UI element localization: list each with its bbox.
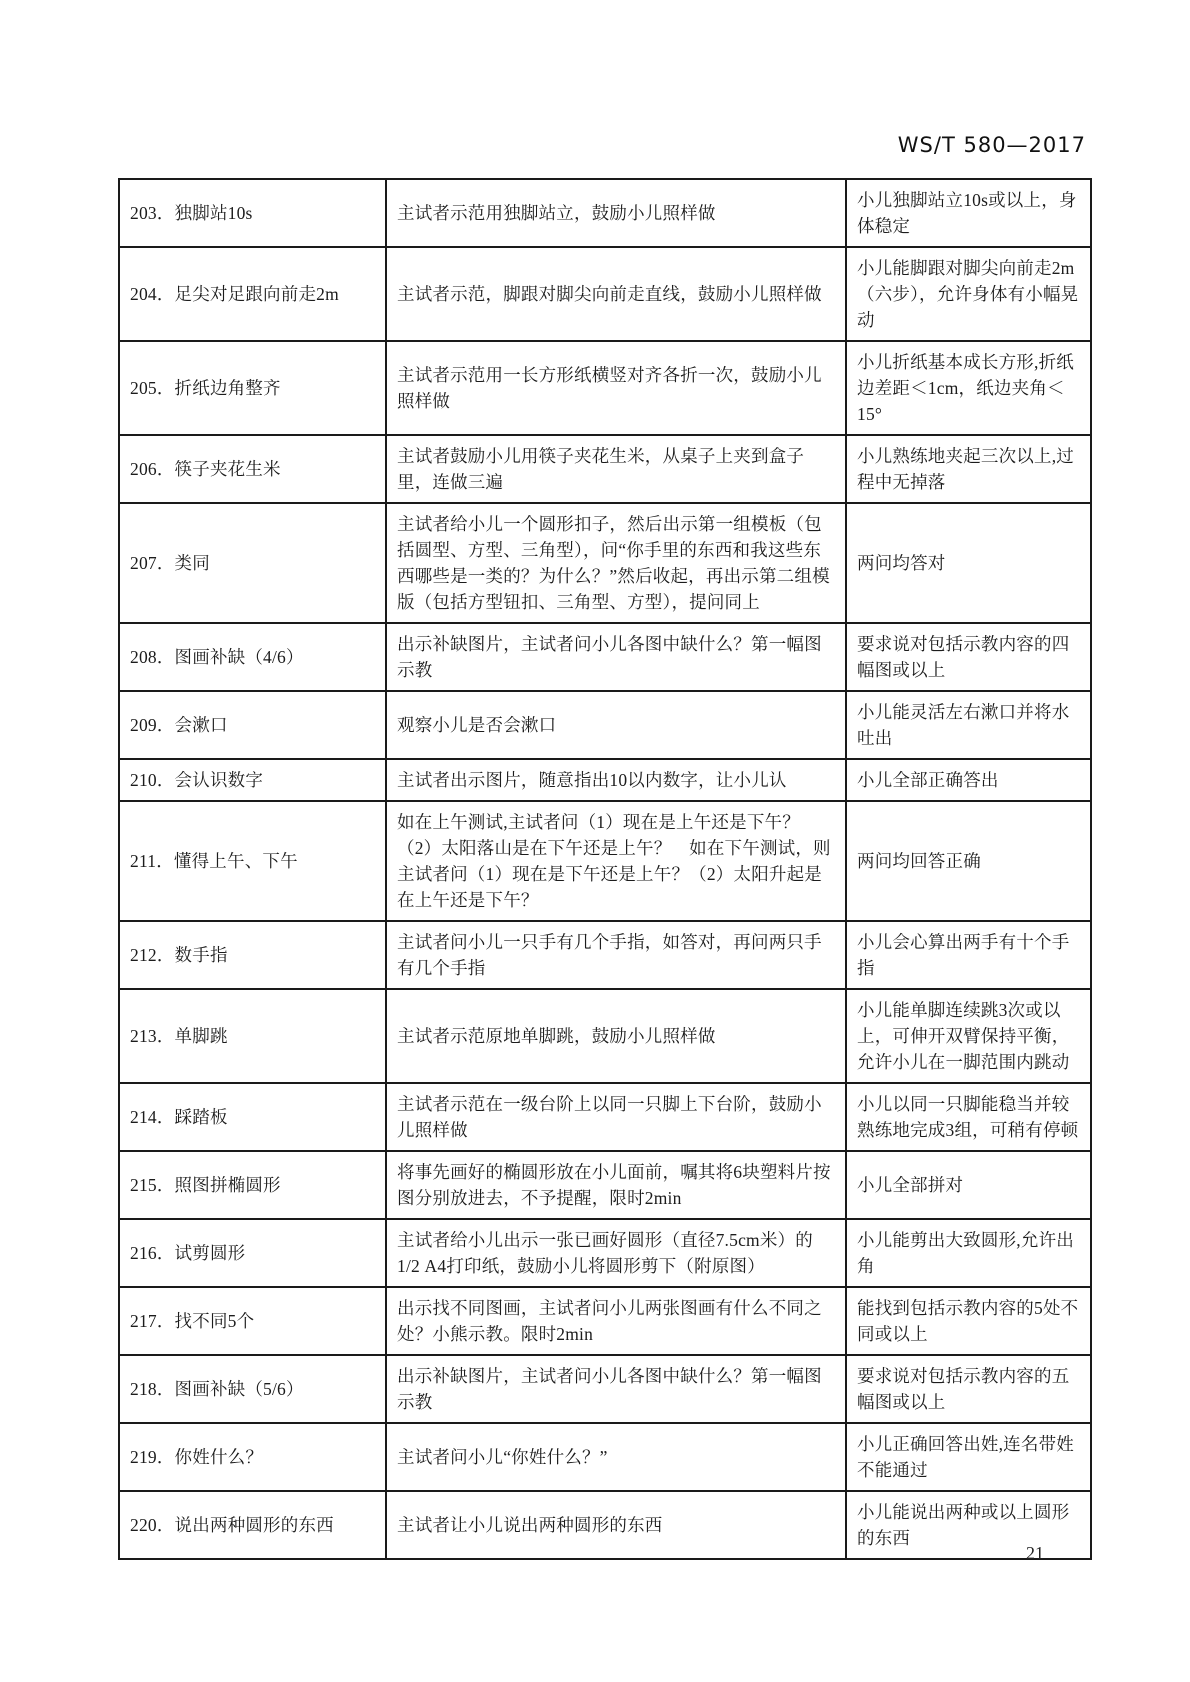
method-cell: 主试者问小儿一只手有几个手指，如答对，再问两只手有几个手指 [386, 921, 846, 989]
table-row: 208．图画补缺（4/6） 出示补缺图片，主试者问小儿各图中缺什么？第一幅图示教… [119, 623, 1091, 691]
method-cell: 主试者示范用独脚站立，鼓励小儿照样做 [386, 179, 846, 247]
table-row: 210．会认识数字 主试者出示图片，随意指出10以内数字，让小儿认 小儿全部正确… [119, 759, 1091, 801]
criteria-cell: 小儿全部正确答出 [846, 759, 1091, 801]
method-cell: 出示找不同图画，主试者问小儿两张图画有什么不同之处？小熊示教。限时2min [386, 1287, 846, 1355]
method-cell: 出示补缺图片，主试者问小儿各图中缺什么？第一幅图示教 [386, 1355, 846, 1423]
item-cell: 216．试剪圆形 [119, 1219, 386, 1287]
method-cell: 如在上午测试,主试者问（1）现在是上午还是下午？（2）太阳落山是在下午还是上午？… [386, 801, 846, 921]
method-cell: 主试者给小儿出示一张已画好圆形（直径7.5cm米）的1/2 A4打印纸，鼓励小儿… [386, 1219, 846, 1287]
criteria-cell: 能找到包括示教内容的5处不同或以上 [846, 1287, 1091, 1355]
item-cell: 220．说出两种圆形的东西 [119, 1491, 386, 1559]
criteria-cell: 小儿全部拼对 [846, 1151, 1091, 1219]
criteria-cell: 小儿以同一只脚能稳当并较熟练地完成3组，可稍有停顿 [846, 1083, 1091, 1151]
table-row: 211．懂得上午、下午 如在上午测试,主试者问（1）现在是上午还是下午？（2）太… [119, 801, 1091, 921]
assessment-table: 203．独脚站10s 主试者示范用独脚站立，鼓励小儿照样做 小儿独脚站立10s或… [118, 178, 1092, 1560]
method-cell: 主试者示范在一级台阶上以同一只脚上下台阶，鼓励小儿照样做 [386, 1083, 846, 1151]
criteria-cell: 两问均答对 [846, 503, 1091, 623]
page-number: 21 [1026, 1543, 1044, 1564]
table-row: 205．折纸边角整齐 主试者示范用一长方形纸横竖对齐各折一次，鼓励小儿照样做 小… [119, 341, 1091, 435]
item-cell: 205．折纸边角整齐 [119, 341, 386, 435]
item-cell: 212．数手指 [119, 921, 386, 989]
item-cell: 208．图画补缺（4/6） [119, 623, 386, 691]
item-cell: 217．找不同5个 [119, 1287, 386, 1355]
table-row: 214．踩踏板 主试者示范在一级台阶上以同一只脚上下台阶，鼓励小儿照样做 小儿以… [119, 1083, 1091, 1151]
item-cell: 207．类同 [119, 503, 386, 623]
item-cell: 206．筷子夹花生米 [119, 435, 386, 503]
method-cell: 出示补缺图片，主试者问小儿各图中缺什么？第一幅图示教 [386, 623, 846, 691]
criteria-cell: 小儿熟练地夹起三次以上,过程中无掉落 [846, 435, 1091, 503]
criteria-cell: 两问均回答正确 [846, 801, 1091, 921]
item-cell: 211．懂得上午、下午 [119, 801, 386, 921]
criteria-cell: 小儿折纸基本成长方形,折纸边差距＜1cm，纸边夹角＜15° [846, 341, 1091, 435]
method-cell: 主试者让小儿说出两种圆形的东西 [386, 1491, 846, 1559]
item-cell: 209．会漱口 [119, 691, 386, 759]
criteria-cell: 小儿能说出两种或以上圆形的东西 [846, 1491, 1091, 1559]
item-cell: 204．足尖对足跟向前走2m [119, 247, 386, 341]
item-cell: 213．单脚跳 [119, 989, 386, 1083]
table-row: 203．独脚站10s 主试者示范用独脚站立，鼓励小儿照样做 小儿独脚站立10s或… [119, 179, 1091, 247]
criteria-cell: 小儿独脚站立10s或以上，身体稳定 [846, 179, 1091, 247]
method-cell: 主试者示范用一长方形纸横竖对齐各折一次，鼓励小儿照样做 [386, 341, 846, 435]
method-cell: 将事先画好的椭圆形放在小儿面前，嘱其将6块塑料片按图分别放进去，不予提醒，限时2… [386, 1151, 846, 1219]
item-cell: 203．独脚站10s [119, 179, 386, 247]
table-row: 216．试剪圆形 主试者给小儿出示一张已画好圆形（直径7.5cm米）的1/2 A… [119, 1219, 1091, 1287]
criteria-cell: 小儿能单脚连续跳3次或以上，可伸开双臂保持平衡，允许小儿在一脚范围内跳动 [846, 989, 1091, 1083]
method-cell: 主试者示范原地单脚跳，鼓励小儿照样做 [386, 989, 846, 1083]
criteria-cell: 小儿会心算出两手有十个手指 [846, 921, 1091, 989]
criteria-cell: 小儿正确回答出姓,连名带姓不能通过 [846, 1423, 1091, 1491]
table-row: 215．照图拼椭圆形 将事先画好的椭圆形放在小儿面前，嘱其将6块塑料片按图分别放… [119, 1151, 1091, 1219]
method-cell: 主试者鼓励小儿用筷子夹花生米，从桌子上夹到盒子里，连做三遍 [386, 435, 846, 503]
method-cell: 主试者出示图片，随意指出10以内数字，让小儿认 [386, 759, 846, 801]
table-row: 212．数手指 主试者问小儿一只手有几个手指，如答对，再问两只手有几个手指 小儿… [119, 921, 1091, 989]
table-row: 206．筷子夹花生米 主试者鼓励小儿用筷子夹花生米，从桌子上夹到盒子里，连做三遍… [119, 435, 1091, 503]
table-row: 218．图画补缺（5/6） 出示补缺图片，主试者问小儿各图中缺什么？第一幅图示教… [119, 1355, 1091, 1423]
item-cell: 219．你姓什么？ [119, 1423, 386, 1491]
item-cell: 218．图画补缺（5/6） [119, 1355, 386, 1423]
table-row: 220．说出两种圆形的东西 主试者让小儿说出两种圆形的东西 小儿能说出两种或以上… [119, 1491, 1091, 1559]
criteria-cell: 小儿能脚跟对脚尖向前走2m（六步），允许身体有小幅晃动 [846, 247, 1091, 341]
table-row: 217．找不同5个 出示找不同图画，主试者问小儿两张图画有什么不同之处？小熊示教… [119, 1287, 1091, 1355]
table-row: 219．你姓什么？ 主试者问小儿“你姓什么？” 小儿正确回答出姓,连名带姓不能通… [119, 1423, 1091, 1491]
method-cell: 观察小儿是否会漱口 [386, 691, 846, 759]
table-row: 207．类同 主试者给小儿一个圆形扣子，然后出示第一组模板（包括圆型、方型、三角… [119, 503, 1091, 623]
criteria-cell: 要求说对包括示教内容的五幅图或以上 [846, 1355, 1091, 1423]
item-cell: 210．会认识数字 [119, 759, 386, 801]
table-row: 209．会漱口 观察小儿是否会漱口 小儿能灵活左右漱口并将水吐出 [119, 691, 1091, 759]
table-row: 204．足尖对足跟向前走2m 主试者示范，脚跟对脚尖向前走直线，鼓励小儿照样做 … [119, 247, 1091, 341]
criteria-cell: 小儿能剪出大致圆形,允许出角 [846, 1219, 1091, 1287]
criteria-cell: 要求说对包括示教内容的四幅图或以上 [846, 623, 1091, 691]
criteria-cell: 小儿能灵活左右漱口并将水吐出 [846, 691, 1091, 759]
table-row: 213．单脚跳 主试者示范原地单脚跳，鼓励小儿照样做 小儿能单脚连续跳3次或以上… [119, 989, 1091, 1083]
method-cell: 主试者示范，脚跟对脚尖向前走直线，鼓励小儿照样做 [386, 247, 846, 341]
method-cell: 主试者问小儿“你姓什么？” [386, 1423, 846, 1491]
item-cell: 214．踩踏板 [119, 1083, 386, 1151]
item-cell: 215．照图拼椭圆形 [119, 1151, 386, 1219]
document-code-header: WS/T 580—2017 [118, 133, 1086, 157]
method-cell: 主试者给小儿一个圆形扣子，然后出示第一组模板（包括圆型、方型、三角型），问“你手… [386, 503, 846, 623]
